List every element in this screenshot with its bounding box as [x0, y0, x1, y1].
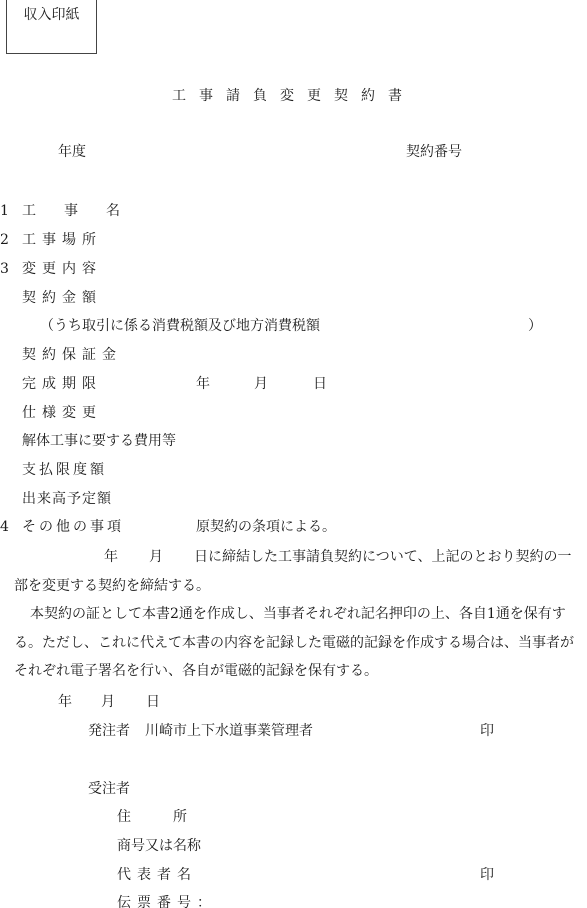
para2-line3: それぞれ電子署名を行い、各自が電磁的記録を保有する。: [14, 662, 378, 680]
contractor-address-label: 住 所: [117, 808, 187, 826]
date-month: 月: [101, 693, 115, 711]
item-change-content: 変更内容: [22, 260, 102, 278]
revenue-stamp-box: 収入印紙: [6, 0, 97, 54]
para1-month: 月: [149, 548, 163, 566]
date-year: 年: [58, 693, 72, 711]
fiscal-year-label: 年度: [58, 143, 86, 161]
orderer-label: 発注者: [88, 722, 130, 740]
para1-year: 年: [104, 548, 118, 566]
contract-number-label: 契約番号: [406, 143, 462, 161]
item-other-matters: その他の事項: [22, 518, 124, 536]
para2-line1: 本契約の証として本書2通を作成し、当事者それぞれ記名押印の上、各自1通を保有す: [30, 605, 566, 623]
expected-output-label: 出来高予定額: [22, 490, 112, 508]
contractor-label: 受注者: [88, 780, 130, 798]
completion-month: 月: [254, 375, 268, 393]
contract-amount-label: 契約金額: [22, 289, 102, 307]
spec-change-label: 仕様変更: [22, 404, 102, 422]
completion-day: 日: [313, 375, 327, 393]
tax-note: （うち取引に係る消費税額及び地方消費税額: [40, 317, 320, 335]
orderer-name: 川崎市上下水道事業管理者: [145, 722, 313, 740]
contractor-seal: 印: [480, 866, 494, 884]
revenue-stamp-label: 収入印紙: [7, 4, 96, 24]
para1-line2: 部を変更する契約を締結する。: [14, 577, 210, 595]
completion-year: 年: [196, 375, 210, 393]
item-4-number: 4: [0, 518, 9, 536]
para1-line1: 日に締結した工事請負契約について、上記のとおり契約の一: [194, 548, 571, 566]
contractor-representative-label: 代表者名: [117, 866, 197, 884]
item-3-number: 3: [0, 260, 9, 278]
item-construction-name: 工 事 名: [22, 202, 120, 220]
contract-deposit-label: 契約保証金: [22, 346, 122, 364]
document-title: 工事請負変更契約書: [172, 87, 415, 105]
para2-line2: る。ただし、これに代えて本書の内容を記録した電磁的記録を作成する場合は、当事者が: [14, 634, 574, 652]
contractor-company-label: 商号又は名称: [117, 837, 201, 855]
tax-note-close: ）: [528, 317, 542, 335]
demolition-cost-label: 解体工事に要する費用等: [22, 432, 176, 450]
item-1-number: 1: [0, 202, 9, 220]
item-2-number: 2: [0, 231, 9, 249]
date-day: 日: [146, 693, 160, 711]
orderer-seal: 印: [480, 722, 494, 740]
completion-deadline-label: 完成期限: [22, 375, 102, 393]
payment-limit-label: 支払限度額: [22, 461, 107, 479]
item-other-matters-value: 原契約の条項による。: [196, 518, 336, 536]
slip-number-label: 伝票番号：: [117, 894, 217, 908]
item-construction-site: 工事場所: [22, 231, 102, 249]
